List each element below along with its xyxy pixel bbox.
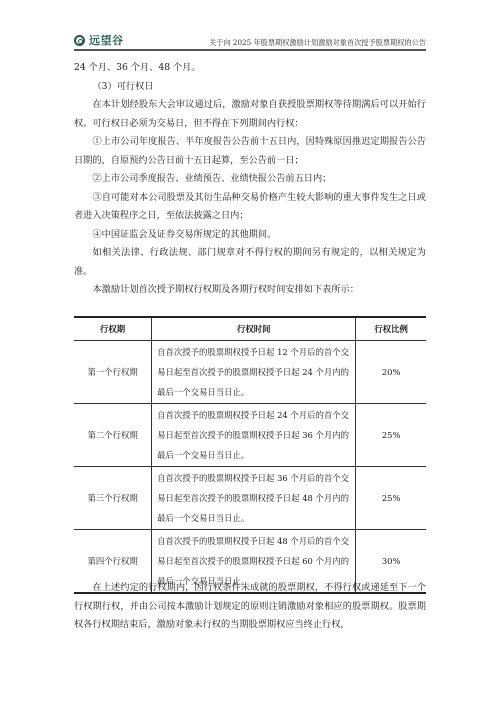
table-row: 第二个行权期 自首次授予的股票期权授予日起 24 个月后的首个交易日起至首次授予… [74, 404, 426, 467]
page-header: 远望谷 关于向 2025 年股票期权激励计划激励对象首次授予股票期权的公告 [74, 33, 426, 48]
ratio-cell: 25% [356, 467, 426, 530]
paragraph: 如相关法律、行政法规、部门规章对不得行权的期间另有规定的，以相关规定为准。 [74, 244, 426, 281]
header-ratio: 行权比例 [356, 317, 426, 341]
paragraph: 在上述约定的行权期内，因行权条件未成就的股票期权，不得行权或递延至下一个行权期行… [74, 579, 426, 635]
period-cell: 第三个行权期 [74, 467, 152, 530]
table-intro: 本激励计划首次授予期权行权期及各期行权时间安排如下表所示： [74, 281, 426, 300]
time-cell: 自首次授予的股票期权授予日起 24 个月后的首个交易日起至首次授予的股票期权授予… [152, 404, 356, 467]
table-row: 第一个行权期 自首次授予的股票期权授予日起 12 个月后的首个交易日起至首次授予… [74, 341, 426, 404]
header-time: 行权时间 [152, 317, 356, 341]
post-table-text: 在上述约定的行权期内，因行权条件未成就的股票期权，不得行权或递延至下一个行权期行… [74, 579, 426, 635]
table-row: 第三个行权期 自首次授予的股票期权授予日起 36 个月后的首个交易日起至首次授予… [74, 467, 426, 530]
company-logo: 远望谷 [74, 32, 124, 48]
exercise-schedule-table: 行权期 行权时间 行权比例 第一个行权期 自首次授予的股票期权授予日起 12 个… [74, 316, 426, 594]
ratio-cell: 20% [356, 341, 426, 404]
paragraph: 在本计划经股东大会审议通过后，激励对象自获授股票期权等待期满后可以开始行权。可行… [74, 96, 426, 133]
time-cell: 自首次授予的股票期权授予日起 12 个月后的首个交易日起至首次授予的股票期权授予… [152, 341, 356, 404]
body-text: 24 个月、36 个月、48 个月。 （3）可行权日 在本计划经股东大会审议通过… [74, 59, 426, 300]
logo-text: 远望谷 [89, 32, 124, 48]
list-item-3: ③自可能对本公司股票及其衍生品种交易价格产生较大影响的重大事件发生之日或者进入决… [74, 189, 426, 226]
spiral-logo-icon [74, 35, 85, 46]
period-cell: 第一个行权期 [74, 341, 152, 404]
list-item-2: ②上市公司季度报告、业绩预告、业绩快报公告前五日内； [74, 170, 426, 189]
list-item-4: ④中国证监会及证券交易所规定的其他期间。 [74, 226, 426, 245]
section-heading: （3）可行权日 [74, 78, 426, 97]
document-title: 关于向 2025 年股票期权激励计划激励对象首次授予股票期权的公告 [209, 38, 426, 48]
table-header-row: 行权期 行权时间 行权比例 [74, 317, 426, 341]
time-cell: 自首次授予的股票期权授予日起 36 个月后的首个交易日起至首次授予的股票期权授予… [152, 467, 356, 530]
list-item-1: ①上市公司年度报告、半年度报告公告前十五日内，因特殊原因推迟定期报告公告日期的，… [74, 133, 426, 170]
ratio-cell: 25% [356, 404, 426, 467]
header-divider [74, 49, 426, 51]
paragraph-continuation: 24 个月、36 个月、48 个月。 [74, 59, 426, 78]
header-period: 行权期 [74, 317, 152, 341]
period-cell: 第二个行权期 [74, 404, 152, 467]
